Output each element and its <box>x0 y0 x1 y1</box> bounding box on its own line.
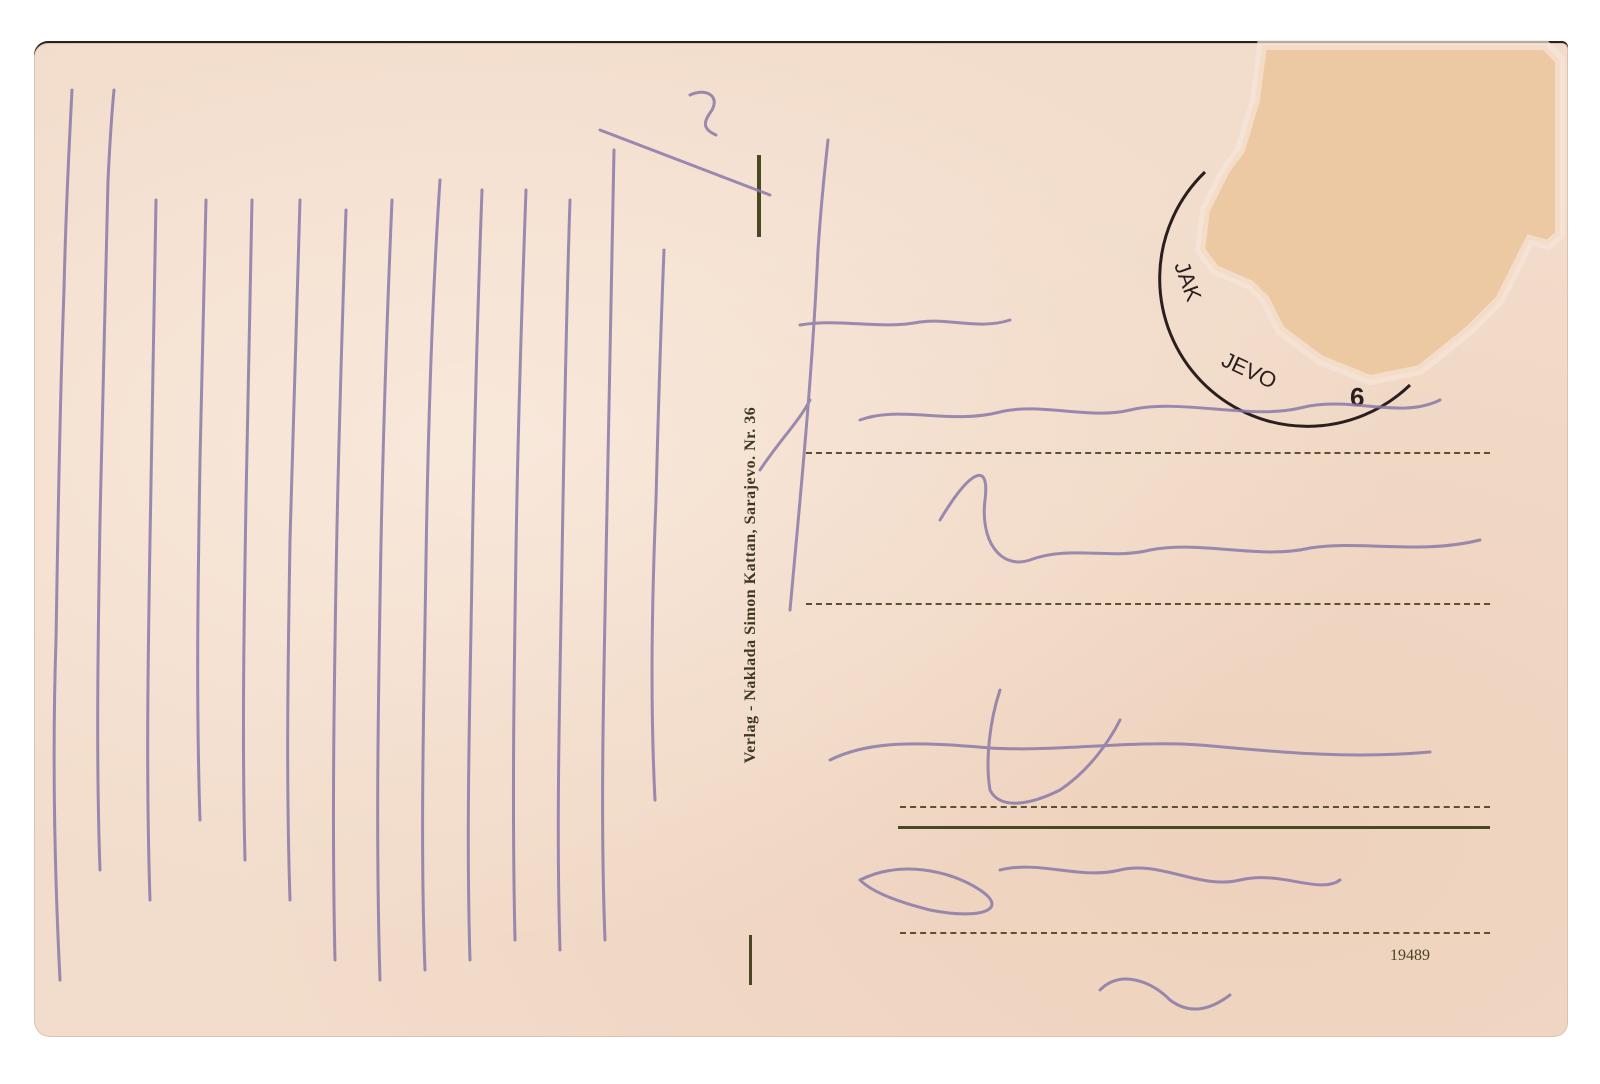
address-line-solid <box>898 826 1490 829</box>
address-line-3 <box>900 806 1490 808</box>
handwritten-date: 5/III <box>690 100 692 101</box>
publisher-imprint-text: Verlag - Naklada Simon Kattan, Sarajevo.… <box>742 407 760 764</box>
catalog-number: 19489 <box>1390 947 1430 965</box>
address-salutation: Wohlgeboren <box>820 320 825 321</box>
address-line-4 <box>900 932 1490 934</box>
address-city: Salzburg <box>860 880 864 881</box>
divider-line-top <box>757 155 761 237</box>
divider-line-bottom <box>749 935 752 985</box>
address-line-2 <box>806 603 1490 605</box>
publisher-imprint: Verlag - Naklada Simon Kattan, Sarajevo.… <box>736 240 766 930</box>
address-street: ...grund 103 <box>940 540 945 541</box>
address-line-1 <box>806 452 1490 454</box>
address-name: Fanny ... <box>850 410 854 411</box>
postcard <box>34 43 1568 1037</box>
